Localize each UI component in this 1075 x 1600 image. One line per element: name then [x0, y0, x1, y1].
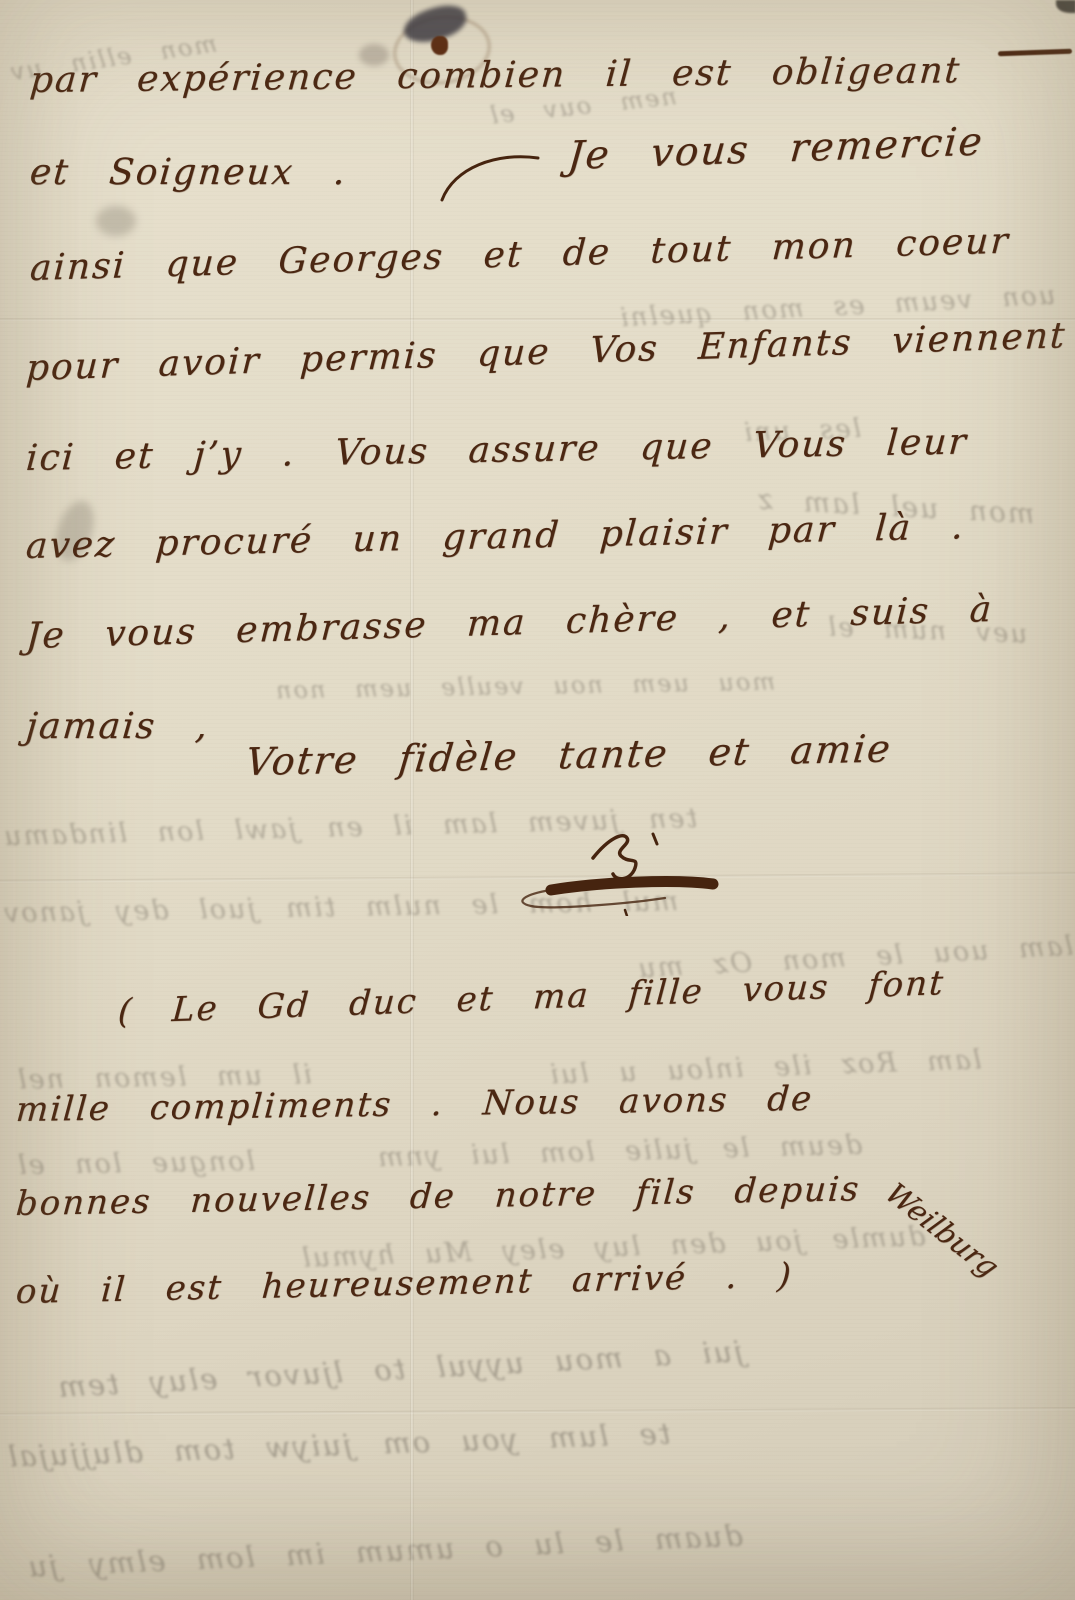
bleedthrough-line: te lum you om juiyw tom dlujjujal	[6, 1416, 671, 1473]
brown-ink-dot	[431, 36, 448, 55]
bleedthrough-line: deum le julie lom lui ynm	[376, 1130, 863, 1174]
letter-line: avez procuré un grand plaisir par là .	[25, 506, 967, 567]
letter-line: jamais ,	[24, 706, 211, 747]
bleedthrough-line: duam le lu o umum im lom elmy ju	[26, 1518, 744, 1583]
pen-dash	[998, 49, 1072, 57]
pen-flourish	[436, 148, 546, 212]
fold-crease-horizontal	[0, 1407, 1075, 1416]
signature-paraph	[505, 824, 745, 920]
bleedthrough-line: longue lon el	[16, 1146, 256, 1181]
corner-ink-mark	[1056, 0, 1075, 13]
postscript-line: ( Le Gd duc et ma fille vous font	[117, 963, 947, 1032]
letter-line: ici et j’y . Vous assure que Vous leur	[25, 422, 970, 479]
ink-smudge	[96, 206, 136, 236]
letter-line: ainsi que Georges et de tout mon coeur	[29, 221, 1011, 289]
letter-line: et Soigneux .	[28, 152, 349, 193]
letter-line: Je vous remercie	[566, 119, 986, 179]
closing-line: Votre fidèle tante et amie	[244, 726, 894, 784]
bleedthrough-line: mou uem nou veulle uem non	[274, 668, 776, 705]
letter-line: Je vous embrasse ma chère , et suis à	[25, 589, 995, 657]
letter-line: pour avoir permis que Vos Enfants vienne…	[25, 315, 1068, 389]
letter-page: mon ellin uv nem ouv el uon veum es mon …	[0, 0, 1075, 1600]
letter-line: par expérience combien il est obligeant	[28, 50, 962, 101]
postscript-line: où il est heureusement arrivé . )	[15, 1256, 794, 1312]
bleedthrough-line: jui a mou uyyul to ljuvor eluy tem	[56, 1334, 744, 1404]
